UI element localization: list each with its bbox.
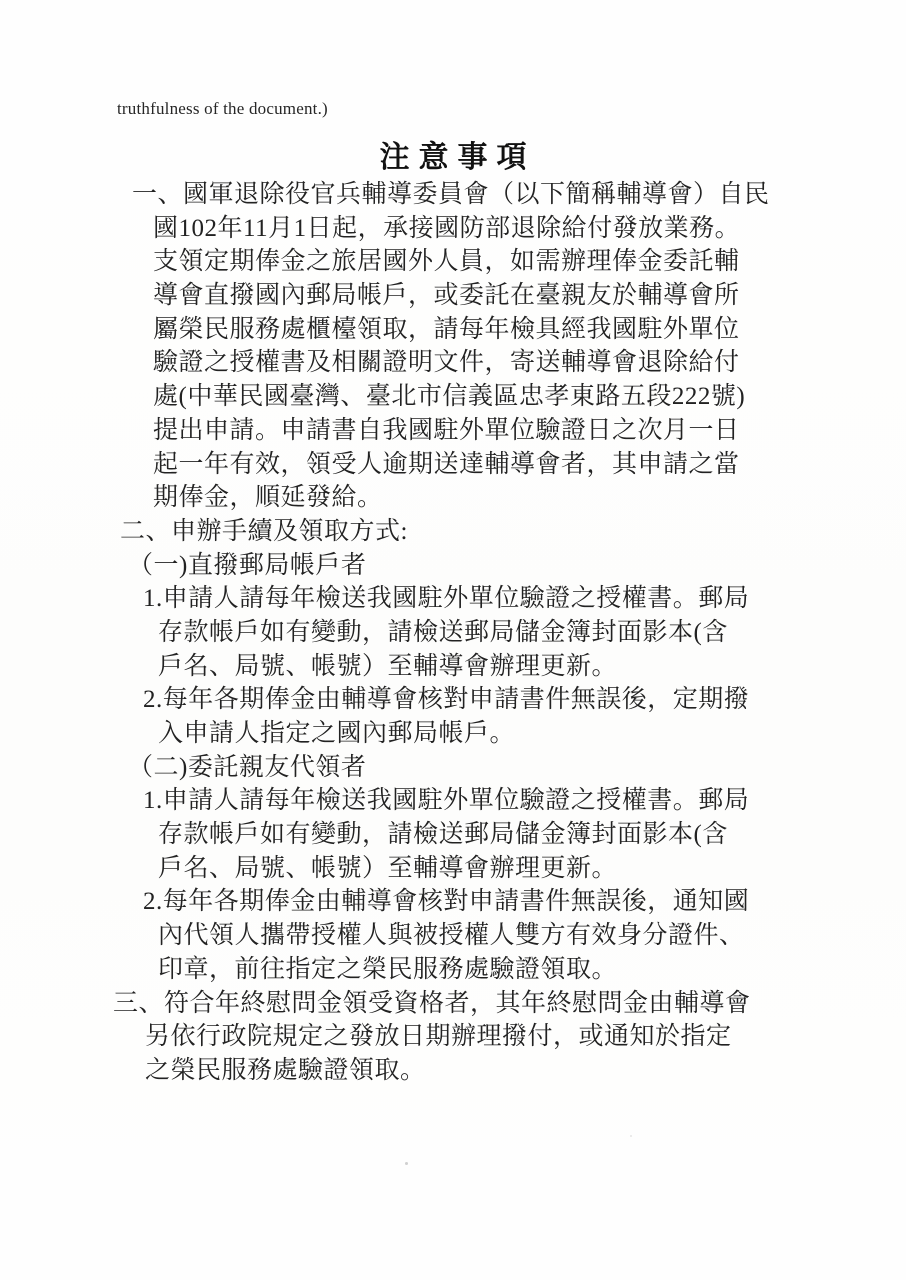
notice-line: 1.申請人請每年檢送我國駐外單位驗證之授權書。郵局 [143,784,906,818]
notice-line: 印章，前往指定之榮民服務處驗證領取。 [158,953,906,987]
notice-line: 二、申辦手續及領取方式: [120,515,906,549]
notice-line: 一、國軍退除役官兵輔導委員會（以下簡稱輔導會）自民 [132,178,906,212]
scan-speck [405,1162,408,1165]
notice-line: 戶名、局號、帳號）至輔導會辦理更新。 [158,852,906,886]
notice-line: 支領定期俸金之旅居國外人員，如需辦理俸金委託輔 [153,245,906,279]
notice-line: 1.申請人請每年檢送我國駐外單位驗證之授權書。郵局 [143,582,906,616]
notice-line: 存款帳戶如有變動，請檢送郵局儲金簿封面影本(含 [158,818,906,852]
notice-line: 處(中華民國臺灣、臺北市信義區忠孝東路五段222號) [153,380,906,414]
scan-speck [155,400,157,402]
notice-line: 國102年11月1日起，承接國防部退除給付發放業務。 [153,212,906,246]
page-title: 注意事項 [0,132,906,176]
notice-line: 入申請人指定之國內郵局帳戶。 [158,717,906,751]
notice-line: 戶名、局號、帳號）至輔導會辦理更新。 [158,650,906,684]
english-header-fragment: truthfulness of the document.) [117,99,328,119]
notice-line: 導會直撥國內郵局帳戶，或委託在臺親友於輔導會所 [153,279,906,313]
scan-speck [630,1135,632,1137]
notice-line: 存款帳戶如有變動，請檢送郵局儲金簿封面影本(含 [158,616,906,650]
notice-line: 提出申請。申請書自我國駐外單位驗證日之次月一日 [153,414,906,448]
notice-line: 內代領人攜帶授權人與被授權人雙方有效身分證件、 [158,919,906,953]
notice-line: 2.每年各期俸金由輔導會核對申請書件無誤後，定期撥 [143,683,906,717]
notice-line: 另依行政院規定之發放日期辦理撥付，或通知於指定 [145,1020,906,1054]
notice-line: （一)直撥郵局帳戶者 [128,549,906,583]
notice-line: 三、符合年終慰問金領受資格者，其年終慰問金由輔導會 [113,987,906,1021]
notice-line: 驗證之授權書及相關證明文件，寄送輔導會退除給付 [153,346,906,380]
notice-line: 2.每年各期俸金由輔導會核對申請書件無誤後，通知國 [143,885,906,919]
notice-line: 期俸金，順延發給。 [153,481,906,515]
notice-line: 屬榮民服務處櫃檯領取，請每年檢具經我國駐外單位 [153,313,906,347]
notice-line: （二)委託親友代領者 [128,751,906,785]
notice-body: 一、國軍退除役官兵輔導委員會（以下簡稱輔導會）自民 國102年11月1日起，承接… [0,178,906,1088]
notice-line: 起一年有效，領受人逾期送達輔導會者，其申請之當 [153,448,906,482]
notice-line: 之榮民服務處驗證領取。 [145,1054,906,1088]
scanned-document-page: truthfulness of the document.) 注意事項 一、國軍… [0,0,906,1280]
